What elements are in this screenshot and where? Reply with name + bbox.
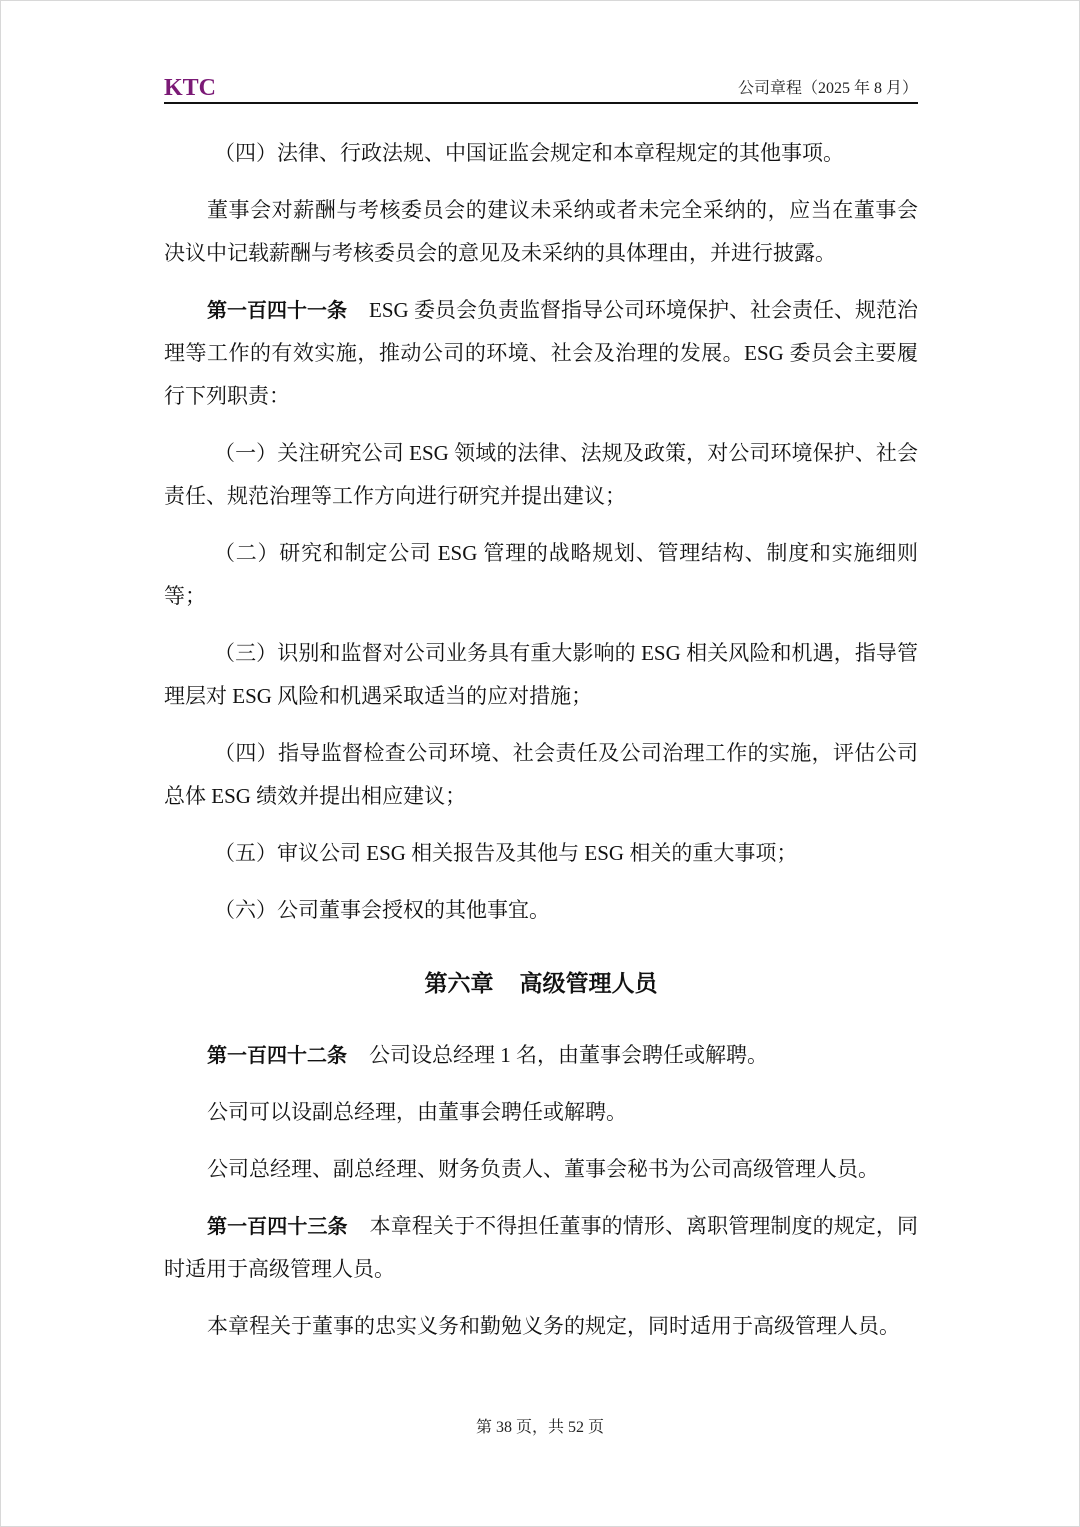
- document-body: （四）法律、行政法规、中国证监会规定和本章程规定的其他事项。 董事会对薪酬与考核…: [164, 132, 918, 1362]
- paragraph: （四）法律、行政法规、中国证监会规定和本章程规定的其他事项。: [164, 132, 918, 175]
- article-141: 第一百四十一条ESG 委员会负责监督指导公司环境保护、社会责任、规范治理等工作的…: [164, 289, 918, 418]
- chapter-number: 第六章: [425, 971, 494, 997]
- list-item: （三）识别和监督对公司业务具有重大影响的 ESG 相关风险和机遇，指导管理层对 …: [164, 632, 918, 718]
- article-number: 第一百四十二条: [207, 1043, 347, 1067]
- paragraph: 董事会对薪酬与考核委员会的建议未采纳或者未完全采纳的，应当在董事会决议中记载薪酬…: [164, 189, 918, 275]
- article-number: 第一百四十一条: [207, 298, 347, 322]
- article-number: 第一百四十三条: [207, 1214, 348, 1238]
- paragraph: 公司可以设副总经理，由董事会聘任或解聘。: [164, 1091, 918, 1134]
- list-item: （二）研究和制定公司 ESG 管理的战略规划、管理结构、制度和实施细则等；: [164, 532, 918, 618]
- article-143: 第一百四十三条本章程关于不得担任董事的情形、离职管理制度的规定，同时适用于高级管…: [164, 1205, 918, 1291]
- article-142: 第一百四十二条公司设总经理 1 名，由董事会聘任或解聘。: [164, 1034, 918, 1077]
- list-item: （六）公司董事会授权的其他事宜。: [164, 889, 918, 932]
- company-logo: KTC: [164, 74, 216, 102]
- paragraph: 本章程关于董事的忠实义务和勤勉义务的规定，同时适用于高级管理人员。: [164, 1305, 918, 1348]
- list-item: （五）审议公司 ESG 相关报告及其他与 ESG 相关的重大事项；: [164, 832, 918, 875]
- article-text: 公司设总经理 1 名，由董事会聘任或解聘。: [369, 1043, 768, 1067]
- chapter-title: 高级管理人员: [520, 971, 658, 997]
- list-item: （一）关注研究公司 ESG 领域的法律、法规及政策，对公司环境保护、社会责任、规…: [164, 432, 918, 518]
- page-number: 第 38 页，共 52 页: [0, 1414, 1080, 1437]
- page-header: KTC 公司章程（2025 年 8 月）: [164, 74, 918, 104]
- document-title: 公司章程（2025 年 8 月）: [738, 78, 918, 100]
- chapter-heading: 第六章高级管理人员: [164, 964, 918, 1004]
- paragraph: 公司总经理、副总经理、财务负责人、董事会秘书为公司高级管理人员。: [164, 1148, 918, 1191]
- list-item: （四）指导监督检查公司环境、社会责任及公司治理工作的实施，评估公司总体 ESG …: [164, 732, 918, 818]
